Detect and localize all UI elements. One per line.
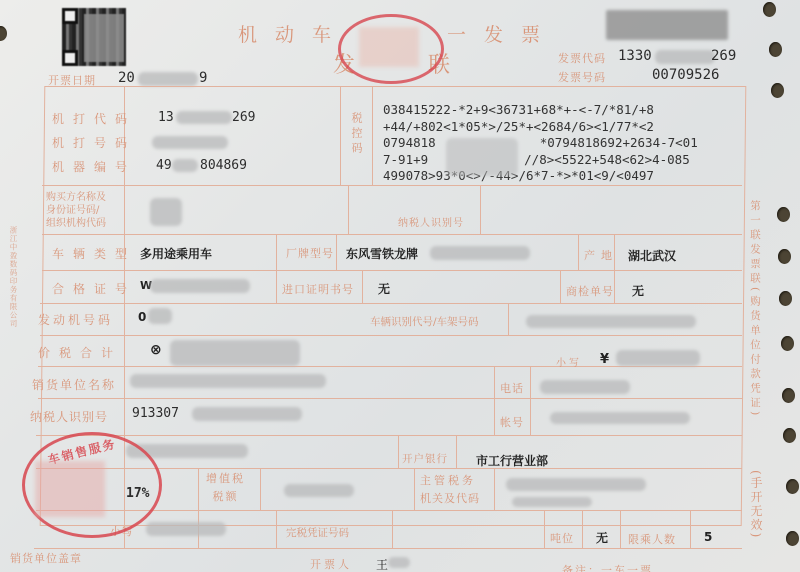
- machine-number-label: 机器编号: [52, 158, 136, 175]
- qr-code: [62, 8, 126, 66]
- engine-number-value: 0: [138, 310, 146, 324]
- seller-taxpayer-value: 913307: [132, 406, 179, 421]
- account-label: 帐号: [500, 414, 524, 430]
- certificate-label: 合格证号: [52, 280, 136, 297]
- feed-hole: [781, 336, 794, 351]
- seats-label: 限乘人数: [628, 531, 676, 547]
- brand-model-label: 厂牌型号: [286, 245, 334, 261]
- note-label: 备注：一车一票: [562, 562, 653, 572]
- copy-label-vertical: 第一联发票联(购货单位付款凭证): [748, 200, 763, 440]
- feed-hole: [777, 207, 790, 222]
- phone-label: 电话: [500, 380, 524, 396]
- label-line: 组织机构代码: [46, 217, 106, 230]
- cipher-line: 499078>93*0<>/-44>/6*7-*>*01<9/<0497: [383, 168, 698, 185]
- barcode-redacted: [606, 10, 728, 40]
- vat-amount-redacted: [284, 484, 354, 497]
- print-code-tail: 269: [232, 110, 255, 125]
- print-number-redacted: [152, 136, 228, 149]
- handwritten-invalid-label: (手开无效): [748, 470, 765, 539]
- bank-value: 市工行营业部: [476, 452, 548, 469]
- redaction: [430, 246, 530, 260]
- import-cert-value: 无: [378, 280, 390, 297]
- redaction: [176, 111, 232, 124]
- seller-taxpayer-label: 纳税人识别号: [30, 408, 108, 425]
- issuer-value: 王: [376, 556, 388, 572]
- currency-symbol: ¥: [600, 352, 609, 367]
- tax-control-cipher: 038415222-*2+9<36731+68*+-<-7/*81/+8 +44…: [383, 102, 698, 185]
- print-number-label: 机打号码: [52, 134, 136, 151]
- brand-model-value: 东风雪铁龙牌: [346, 245, 418, 262]
- cipher-redaction: [446, 138, 518, 176]
- vin-redacted: [526, 315, 696, 328]
- label-line: 身份证号码/: [46, 204, 106, 217]
- feed-hole: [779, 291, 792, 306]
- tonnage-label: 吨位: [550, 530, 574, 546]
- print-code-value: 13: [158, 110, 174, 125]
- invoice-code-label: 发票代码: [558, 50, 606, 66]
- machine-number-tail: 804869: [200, 158, 247, 173]
- issue-date-value: 20: [118, 70, 135, 86]
- tax-bureau-seal: [338, 14, 444, 84]
- label-line: 增值税: [206, 470, 245, 488]
- redaction: [192, 407, 302, 421]
- total-value: ⊗: [150, 342, 162, 358]
- invoice-code-value: 1330: [618, 48, 652, 64]
- vehicle-type-value: 多用途乘用车: [140, 245, 212, 262]
- feed-hole: [786, 479, 799, 494]
- inspection-label: 商检单号: [566, 283, 614, 299]
- engine-number-label: 发动机号码: [38, 311, 113, 328]
- tax-authority-label: 主管税务 机关及代码: [420, 472, 480, 508]
- bank-label: 开户银行: [402, 451, 448, 466]
- import-cert-label: 进口证明书号: [282, 281, 354, 297]
- feed-hole: [782, 388, 795, 403]
- machine-number-value: 49: [156, 158, 172, 173]
- invoice-code-tail: 269: [711, 48, 736, 64]
- print-code-label: 机打代码: [52, 110, 136, 127]
- redaction: [388, 557, 410, 568]
- seller-name-label: 销货单位名称: [32, 376, 116, 393]
- tonnage-value: 无: [596, 529, 608, 546]
- redaction: [150, 279, 250, 293]
- issue-date-tail: 9: [199, 70, 207, 86]
- total-label: 价税合计: [38, 344, 122, 361]
- feed-hole: [763, 2, 776, 17]
- seller-name-redacted: [130, 374, 326, 388]
- invoice-title-right: 一发票: [447, 20, 558, 47]
- origin-value: 湖北武汉: [628, 247, 676, 264]
- feed-hole: [771, 83, 784, 98]
- seats-value: 5: [704, 530, 712, 544]
- inspection-value: 无: [632, 282, 644, 299]
- label-line: 购买方名称及: [46, 191, 106, 204]
- vat-amount-label: 增值税 税额: [206, 470, 245, 506]
- small-amount-label: 小写: [556, 354, 582, 369]
- invoice-number-label: 发票号码: [558, 69, 606, 85]
- cipher-line: 038415222-*2+9<36731+68*+-<-7/*81/+8: [383, 102, 698, 119]
- invoice-title-left: 机动车: [238, 20, 349, 47]
- printer-label-vertical: 浙江中盈数码印务有限公司: [8, 226, 19, 328]
- vehicle-type-label: 车辆类型: [52, 245, 136, 262]
- price-redacted: [146, 522, 226, 536]
- issuer-label: 开票人: [310, 556, 352, 572]
- redaction: [148, 308, 172, 324]
- feed-hole: [0, 26, 7, 41]
- cipher-line: 0794818*0794818692+2634-7<01: [383, 135, 698, 152]
- cipher-line: +44/+802<1*05*>/25*+<2684/6><1/77*<2: [383, 119, 698, 136]
- feed-hole: [783, 428, 796, 443]
- tax-receipt-label: 完税凭证号码: [286, 525, 349, 540]
- account-redacted: [550, 412, 690, 424]
- redaction: [172, 159, 198, 172]
- invoice-number-value: 00709526: [652, 67, 719, 83]
- origin-label: 产地: [584, 247, 618, 263]
- small-amount-redacted: [616, 350, 700, 366]
- label-line: 主管税务: [420, 472, 480, 490]
- redaction: [655, 50, 715, 64]
- label-line: 机关及代码: [420, 490, 480, 508]
- tax-authority-redacted: [506, 478, 646, 491]
- vin-label: 车辆识别代号/车架号码: [370, 314, 479, 329]
- buyer-taxpayer-id-label: 纳税人识别号: [398, 214, 464, 229]
- total-redacted: [170, 340, 300, 366]
- dealer-seal: 车销售服务: [22, 432, 162, 538]
- feed-hole: [769, 42, 782, 57]
- cipher-line: 7-91+9//8><5522+548<62>4-085: [383, 152, 698, 169]
- seller-seal-label: 销货单位盖章: [10, 550, 82, 566]
- buyer-name-label: 购买方名称及 身份证号码/ 组织机构代码: [46, 191, 106, 230]
- feed-hole: [786, 531, 799, 546]
- redaction: [138, 72, 198, 86]
- buyer-name-redacted: [150, 198, 182, 226]
- tax-authority-code-redacted: [512, 497, 592, 507]
- tax-control-label: 税控码: [348, 112, 364, 157]
- phone-redacted: [540, 380, 630, 394]
- feed-hole: [778, 249, 791, 264]
- label-line: 税额: [206, 488, 245, 506]
